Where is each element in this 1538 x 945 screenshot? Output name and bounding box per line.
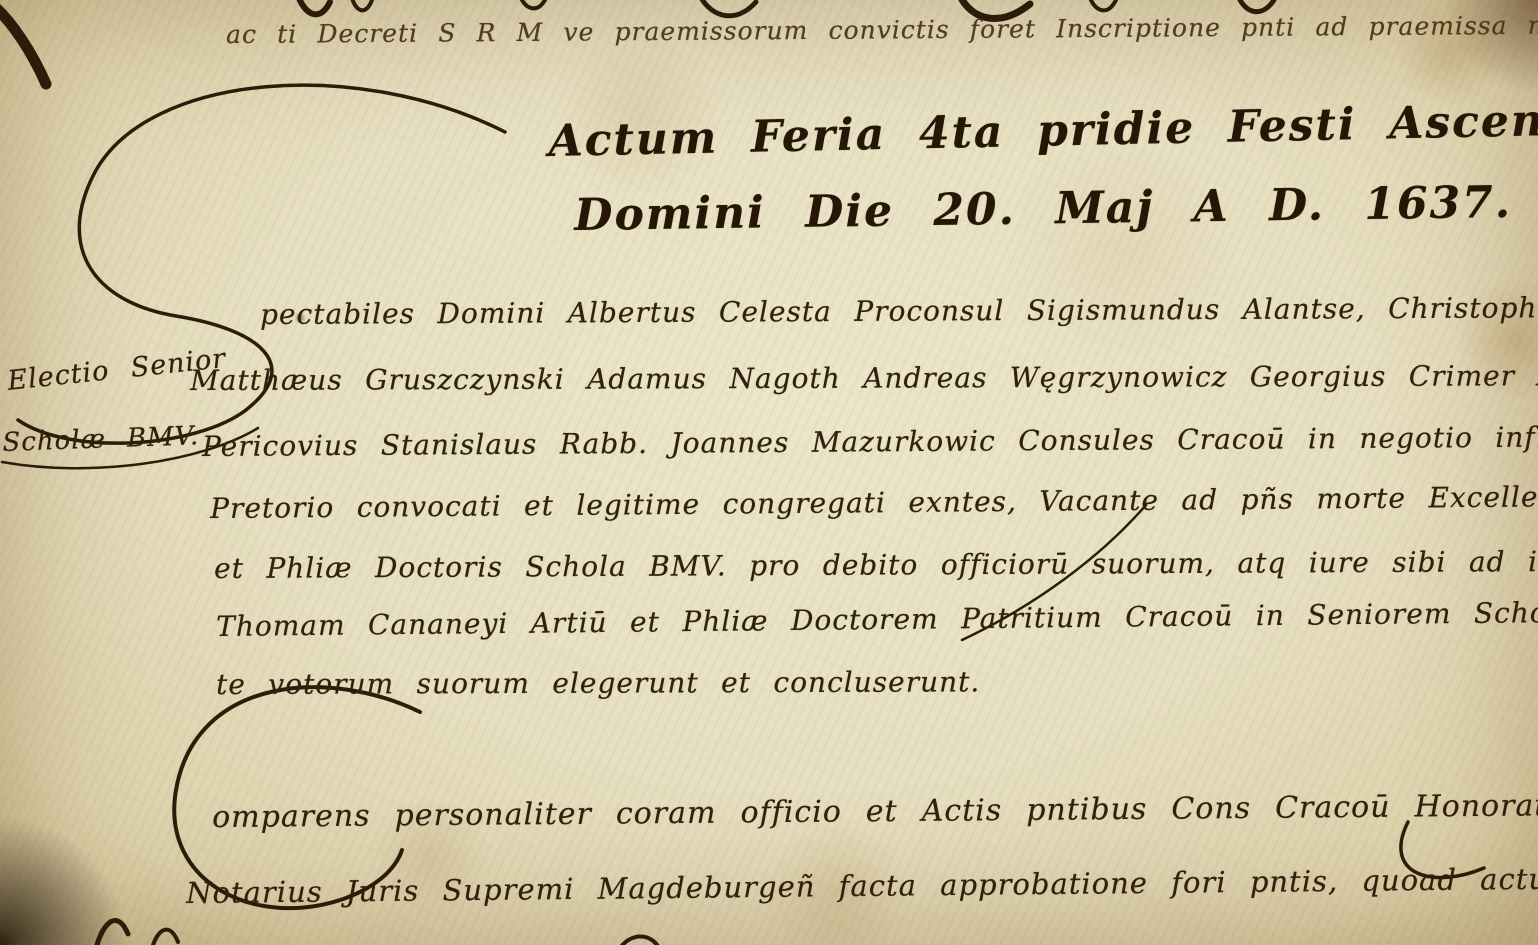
cropped-text-fragment (520, 0, 546, 8)
body-line-7: te votorum suorum elegerunt et concluser… (216, 665, 980, 701)
cropped-text-fragment (298, 0, 330, 14)
cropped-text-fragment (152, 930, 178, 945)
corner-ink-stroke (0, 6, 46, 84)
cropped-text-fragment (1090, 0, 1116, 10)
body-line-1: pectabiles Domini Albertus Celesta Proco… (260, 290, 1538, 331)
cropped-text-fragment (700, 0, 756, 16)
body-line-2: Matthæus Gruszczynski Adamus Nagoth Andr… (190, 358, 1538, 397)
manuscript-page: ac ti Decreti S R M ve praemissorum conv… (0, 0, 1538, 945)
cropped-text-fragment (620, 936, 658, 945)
cropped-text-fragment (352, 0, 372, 10)
cropped-text-fragment (1238, 0, 1274, 12)
cropped-text-fragment (96, 920, 128, 945)
